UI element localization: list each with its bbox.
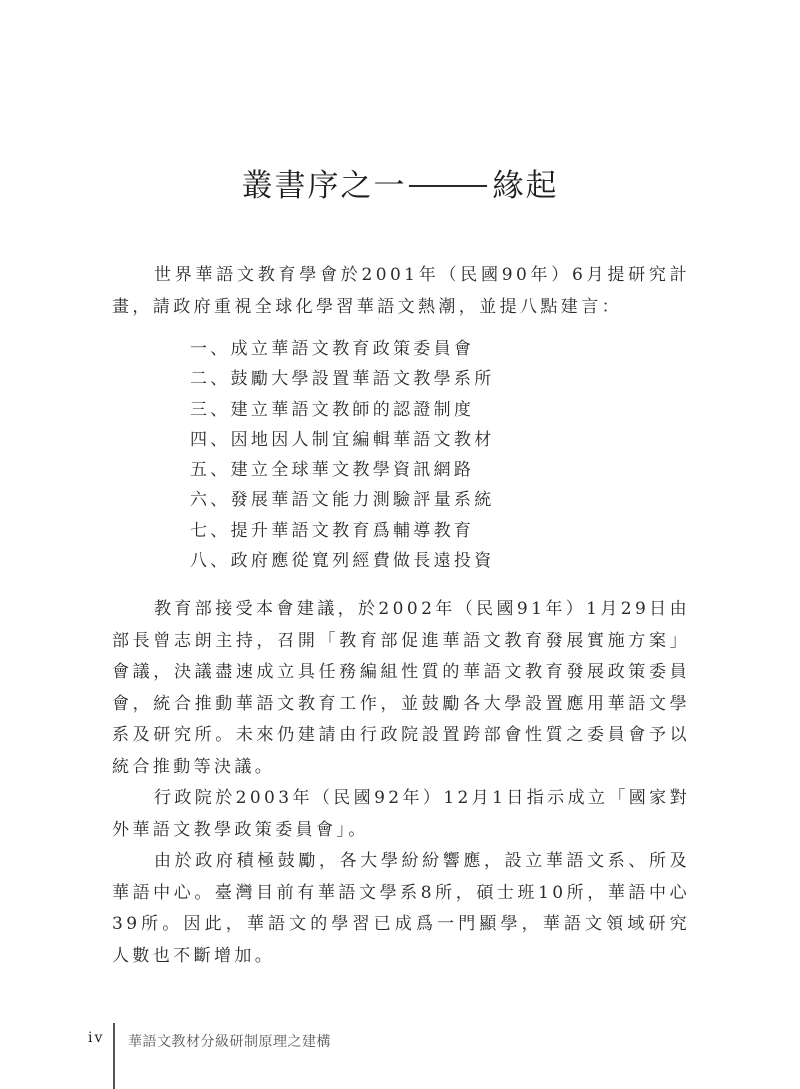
list-item: 八、政府應從寬列經費做長遠投資	[190, 546, 495, 576]
list-item: 三、建立華語文教師的認證制度	[190, 395, 495, 425]
paragraph: 由於政府積極鼓勵，各大學紛紛響應，設立華語文系、所及華語中心。臺灣目前有華語文學…	[112, 846, 690, 972]
paragraph: 行政院於2003年（民國92年）12月1日指示成立「國家對外華語文教學政策委員會…	[112, 783, 690, 846]
body-section: 教育部接受本會建議，於2002年（民國91年）1月29日由部長曾志朗主持，召開「…	[112, 594, 690, 972]
intro-paragraph: 世界華語文教育學會於2001年（民國90年）6月提研究計畫，請政府重視全球化學習…	[112, 260, 690, 323]
paragraph: 教育部接受本會建議，於2002年（民國91年）1月29日由部長曾志朗主持，召開「…	[112, 594, 690, 783]
intro-section: 世界華語文教育學會於2001年（民國90年）6月提研究計畫，請政府重視全球化學習…	[112, 260, 690, 323]
recommendation-list: 一、成立華語文教育政策委員會 二、鼓勵大學設置華語文教學系所 三、建立華語文教師…	[190, 334, 495, 576]
page-number: iv	[88, 1030, 104, 1046]
list-item: 四、因地因人制宜編輯華語文教材	[190, 425, 495, 455]
list-item: 六、發展華語文能力測驗評量系統	[190, 485, 495, 515]
page-title: 叢書序之一緣起	[0, 160, 800, 205]
title-dash	[409, 185, 487, 187]
list-item: 二、鼓勵大學設置華語文教學系所	[190, 364, 495, 394]
title-prefix: 叢書序之一	[242, 168, 407, 204]
footer-divider	[113, 1023, 115, 1089]
list-item: 七、提升華語文教育爲輔導教育	[190, 516, 495, 546]
title-suffix: 緣起	[493, 168, 559, 204]
list-item: 五、建立全球華文教學資訊網路	[190, 455, 495, 485]
list-item: 一、成立華語文教育政策委員會	[190, 334, 495, 364]
running-footer-title: 華語文教材分級研制原理之建構	[128, 1031, 331, 1051]
